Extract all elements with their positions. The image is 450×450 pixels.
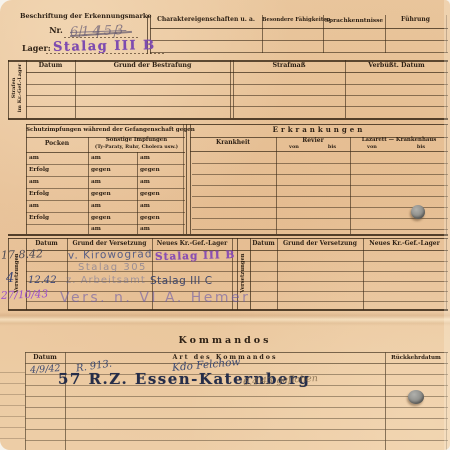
camp-label: Lager: [22,44,48,53]
vacc-row-label: am [140,203,150,209]
rule-line [26,95,448,96]
vacc-row-label: am [140,179,150,185]
rule-line [26,152,185,153]
rule-line [26,224,185,225]
transfer-camp-stamp-1: Stalag III B [155,249,236,263]
vacc-row-label: gegen [140,191,160,197]
illnesses-sickbay-from: von [276,145,312,151]
rule-line [26,84,448,85]
pow-record-card: Beschriftung der Erkennungsmarke Nr. 614… [0,0,450,450]
rule-line [363,238,364,310]
vacc-row-label: am [29,203,39,209]
tag-number-label: Nr. [48,26,64,35]
vacc-row-label: Erfolg [29,167,49,173]
illnesses-col-hospital: Lazarett — Krankenhaus [350,138,448,144]
vaccinations-col-pox: Pocken [26,141,88,148]
illnesses-col-sickbay: Revier [276,138,350,145]
rule-line [26,106,448,107]
kommandos-col-date: Datum [25,355,65,362]
rule-line [192,196,448,197]
rule-line [26,212,185,213]
transfers-col-reason: Grund der Versetzung [67,241,152,248]
kommando-date-1: 4/9/42 [30,363,61,376]
punishments-col-measure: Strafmaß [233,63,345,70]
transfer-date-3: 27/10/43 [1,288,49,302]
illnesses-col-disease: Krankheit [190,140,276,147]
rule-line [186,124,187,234]
rule-line [26,188,185,189]
rule-line [137,152,138,234]
vacc-row-label: am [91,179,101,185]
rule-line [192,207,448,208]
transfer-reason-stamp-1b: Stalag 305 [78,262,147,273]
rule-line [192,174,448,175]
transfer-reason-stamp-1: v. Kirowograd [68,248,153,261]
rule-line [150,28,448,29]
illnesses-title: Erkrankungen [190,126,448,134]
kommandos-title: Kommandos [0,336,450,346]
identity-tag-label: Beschriftung der Erkennungsmarke [20,13,148,20]
rule-line [8,60,9,119]
rule-line [26,164,185,165]
vaccinations-title: Schutzimpfungen während der Gefangenscha… [26,127,185,133]
transfer-date-2-margin: 4 [6,271,14,286]
rule-line [8,118,448,120]
traits-col-languages: Sprachkenntnisse [323,18,385,24]
rule-line [192,229,448,230]
illnesses-hospital-from: von [350,145,394,151]
rule-line [8,238,448,239]
vacc-row-label: am [140,226,150,232]
vacc-row-label: gegen [91,215,111,221]
rule-line [8,309,448,311]
scan-edge [444,0,450,450]
kommandos-col-return: Rückkehrdatum [385,355,447,361]
rule-line [350,137,351,234]
vacc-row-label: am [91,203,101,209]
rule-line [26,124,448,125]
vacc-row-label: am [29,179,39,185]
vacc-row-label: Erfolg [29,191,49,197]
punishments-col-reason: Grund der Bestrafung [75,63,230,70]
punishments-col-served: Verbüßt. Datum [345,63,448,70]
transfer-reason-stamp-3: Vers. n. VI A. Hemer [60,290,250,306]
vacc-row-label: gegen [91,167,111,173]
punishments-side-label: Strafen im Kr.-Gef.-Lager [11,60,23,116]
rule-line [230,60,231,118]
transfer-reason-stamp-2: z. Arbeitsamt [66,275,146,286]
rule-line [150,52,448,53]
vacc-row-label: gegen [140,167,160,173]
vacc-row-label: am [91,155,101,161]
rule-line [192,163,448,164]
punch-hole [411,205,425,219]
rule-line [192,218,448,219]
vacc-row-label: gegen [91,191,111,197]
transfers-col-date: Datum [250,241,277,248]
camp-stamp: Stalag III B [53,38,156,55]
transfers-col-reason: Grund der Versetzung [277,241,363,248]
vacc-row-label: Erfolg [29,215,49,221]
traits-col-conduct: Führung [385,17,446,24]
transfer-date-2: 12.42 [28,275,57,286]
punishments-col-date: Datum [26,63,75,70]
punch-hole [408,390,424,404]
rule-line [190,151,448,152]
illnesses-hospital-to: bis [394,145,448,151]
rule-line [276,137,277,234]
rule-line [26,176,185,177]
rule-line [8,234,448,236]
traits-col-character: Charaktereigenschaften u. a. [150,17,262,24]
vacc-row-label: am [140,155,150,161]
vacc-row-label: gegen [140,215,160,221]
rule-line [88,137,89,234]
rule-line [26,72,448,73]
rule-line [26,200,185,201]
rule-line [277,238,278,310]
transfer-camp-stamp-2: Stalag III C [150,275,213,287]
rule-line [192,185,448,186]
transfers-col-date: Datum [26,241,67,248]
vacc-row-label: am [29,155,39,161]
vaccinations-col-other-sub: (Ty-Paraty, Ruhr, Cholera usw.) [88,145,185,150]
rule-line [150,40,448,41]
traits-col-abilities: Besondere Fähigkeiten [262,18,323,24]
transfers-col-new-camp: Neues Kr.-Gef.-Lager [363,241,446,248]
vacc-row-label: am [91,226,101,232]
transfers-col-new-camp: Neues Kr.-Gef.-Lager [152,241,232,248]
transfer-date-1: 17.8.42 [1,247,43,261]
illnesses-sickbay-to: bis [314,145,350,151]
